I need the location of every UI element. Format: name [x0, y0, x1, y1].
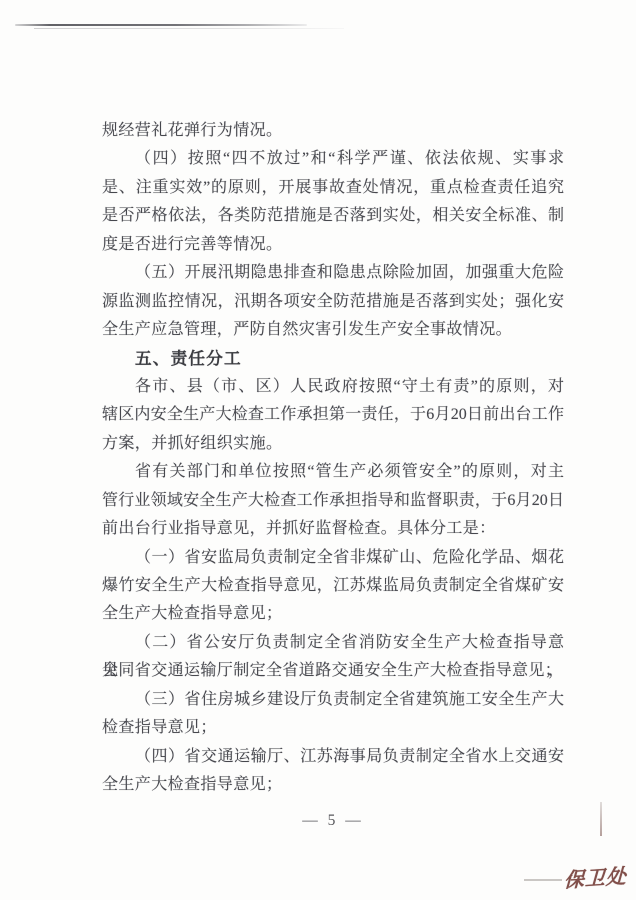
stamp-horizontal-line [524, 879, 562, 881]
text-line: 爆竹安全生产大检查指导意见，江苏煤监局负责制定全省煤矿安 [102, 572, 564, 600]
text-line: 管行业领域安全生产大检查工作承担指导和监督职责，于6月20日 [102, 487, 564, 515]
text-line: （五）开展汛期隐患排查和隐患点除险加固，加强重大危险 [102, 259, 564, 287]
text-line: 源监测监控情况，汛期各项安全防范措施是否落到实处；强化安 [102, 288, 564, 316]
text-line: （一）省安监局负责制定全省非煤矿山、危险化学品、烟花 [102, 544, 564, 572]
text-line: （二）省公安厅负责制定全省消防安全生产大检查指导意见， [102, 629, 564, 657]
text-line: 是、注重实效”的原则，开展事故查处情况，重点检查责任追究 [102, 174, 564, 202]
scanned-document-page: 规经营礼花弹行为情况。（四）按照“四不放过”和“科学严谨、依法依规、实事求是、注… [0, 0, 636, 900]
text-line: 各市、县（市、区）人民政府按照“守土有责”的原则，对 [102, 373, 564, 401]
page-number: — 5 — [102, 812, 564, 830]
text-line: 全生产应急管理，严防自然灾害引发生产安全事故情况。 [102, 316, 564, 344]
text-line: 会同省交通运输厅制定全省道路交通安全生产大检查指导意见； [102, 657, 564, 685]
document-body: 规经营礼花弹行为情况。（四）按照“四不放过”和“科学严谨、依法依规、实事求是、注… [102, 117, 564, 800]
text-line: 全生产大检查指导意见； [102, 771, 564, 799]
text-line: 全生产大检查指导意见； [102, 600, 564, 628]
scan-artifact-streak [15, 24, 307, 26]
text-line: 规经营礼花弹行为情况。 [102, 117, 564, 145]
department-stamp: 保卫处 [564, 860, 628, 894]
text-line: 度是否进行完善等情况。 [102, 231, 564, 259]
text-line: 方案，并抓好组织实施。 [102, 430, 564, 458]
text-line: （四）按照“四不放过”和“科学严谨、依法依规、实事求 [102, 145, 564, 173]
stamp-group: 保卫处 [526, 830, 636, 900]
stamp-vertical-line [600, 802, 602, 836]
text-line: 辖区内安全生产大检查工作承担第一责任，于6月20日前出台工作 [102, 401, 564, 429]
text-line: 省有关部门和单位按照“管生产必须管安全”的原则，对主 [102, 458, 564, 486]
text-line: （四）省交通运输厅、江苏海事局负责制定全省水上交通安 [102, 743, 564, 771]
text-line: （三）省住房城乡建设厅负责制定全省建筑施工安全生产大 [102, 686, 564, 714]
text-line: 前出台行业指导意见，并抓好监督检查。具体分工是： [102, 515, 564, 543]
text-line: 检查指导意见； [102, 714, 564, 742]
text-line: 是否严格依法，各类防范措施是否落到实处，相关安全标准、制 [102, 202, 564, 230]
section-heading: 五、责任分工 [102, 345, 564, 373]
scan-artifact-streak-faint [34, 28, 344, 29]
